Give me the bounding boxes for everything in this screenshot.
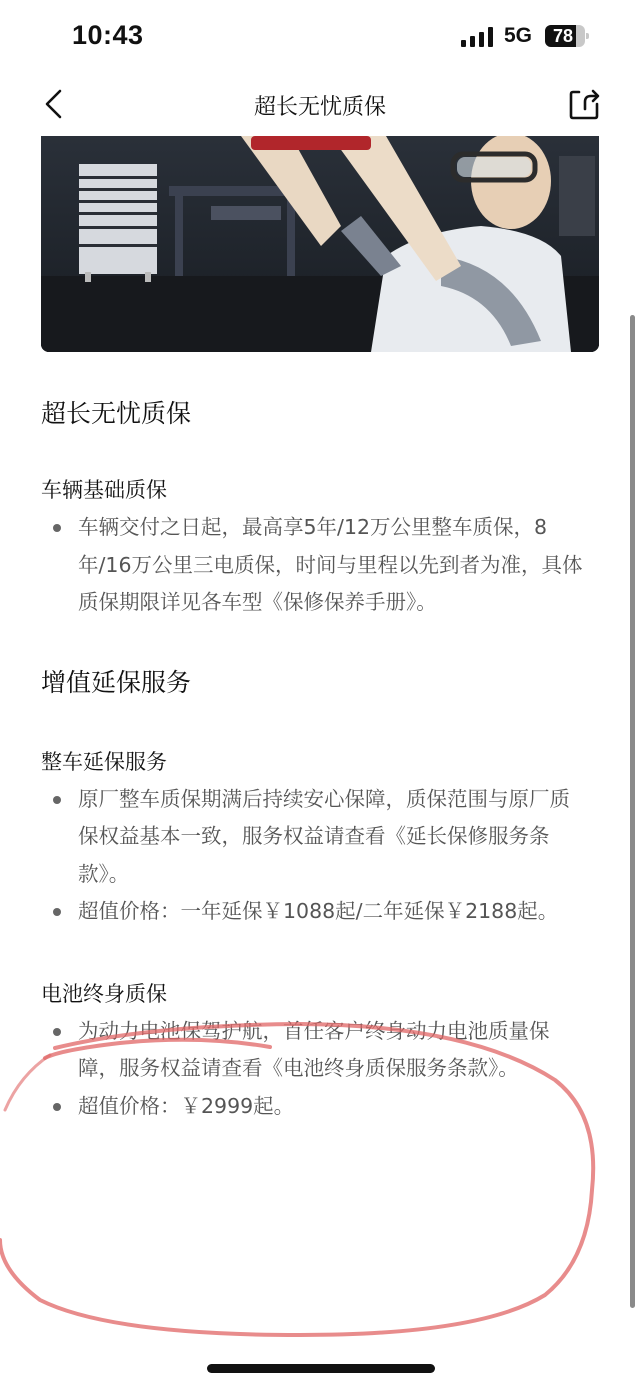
- subheading-extended-warranty: 整车延保服务: [41, 743, 586, 781]
- subheading-battery-warranty: 电池终身质保: [41, 975, 586, 1013]
- scrollbar[interactable]: [630, 315, 635, 1308]
- status-bar: 10:43 5G 78: [0, 0, 640, 72]
- signal-strength-icon: [461, 27, 495, 47]
- list-item: 超值价格：￥2999起。: [41, 1088, 586, 1126]
- list-item: 超值价格：一年延保￥1088起/二年延保￥2188起。: [41, 893, 586, 931]
- page-heading: 超长无忧质保: [41, 390, 586, 438]
- battery-warranty-list: 为动力电池保驾护航，首任客户终身动力电池质量保障，服务权益请查看《电池终身质保服…: [41, 1013, 586, 1126]
- article-content: 超长无忧质保 车辆基础质保 车辆交付之日起，最高享5年/12万公里整车质保，8年…: [41, 390, 586, 1125]
- list-item: 原厂整车质保期满后持续安心保障，质保范围与原厂质保权益基本一致，服务权益请查看《…: [41, 781, 586, 894]
- navigation-bar: 超长无忧质保: [0, 78, 640, 130]
- share-icon: [568, 87, 602, 121]
- list-item: 为动力电池保驾护航，首任客户终身动力电池质量保障，服务权益请查看《电池终身质保服…: [41, 1013, 586, 1088]
- network-type: 5G: [504, 24, 532, 48]
- value-added-heading: 增值延保服务: [41, 659, 586, 707]
- page-title: 超长无忧质保: [0, 90, 640, 121]
- battery-icon: 78: [545, 25, 589, 47]
- extended-warranty-list: 原厂整车质保期满后持续安心保障，质保范围与原厂质保权益基本一致，服务权益请查看《…: [41, 781, 586, 931]
- basic-warranty-list: 车辆交付之日起，最高享5年/12万公里整车质保，8年/16万公里三电质保，时间与…: [41, 509, 586, 622]
- status-time: 10:43: [72, 20, 144, 51]
- home-indicator[interactable]: [207, 1364, 435, 1373]
- battery-level: 78: [545, 25, 581, 47]
- list-item: 车辆交付之日起，最高享5年/12万公里整车质保，8年/16万公里三电质保，时间与…: [41, 509, 586, 622]
- subheading-basic-warranty: 车辆基础质保: [41, 471, 586, 509]
- hero-image: [41, 136, 599, 352]
- share-button[interactable]: [568, 87, 602, 121]
